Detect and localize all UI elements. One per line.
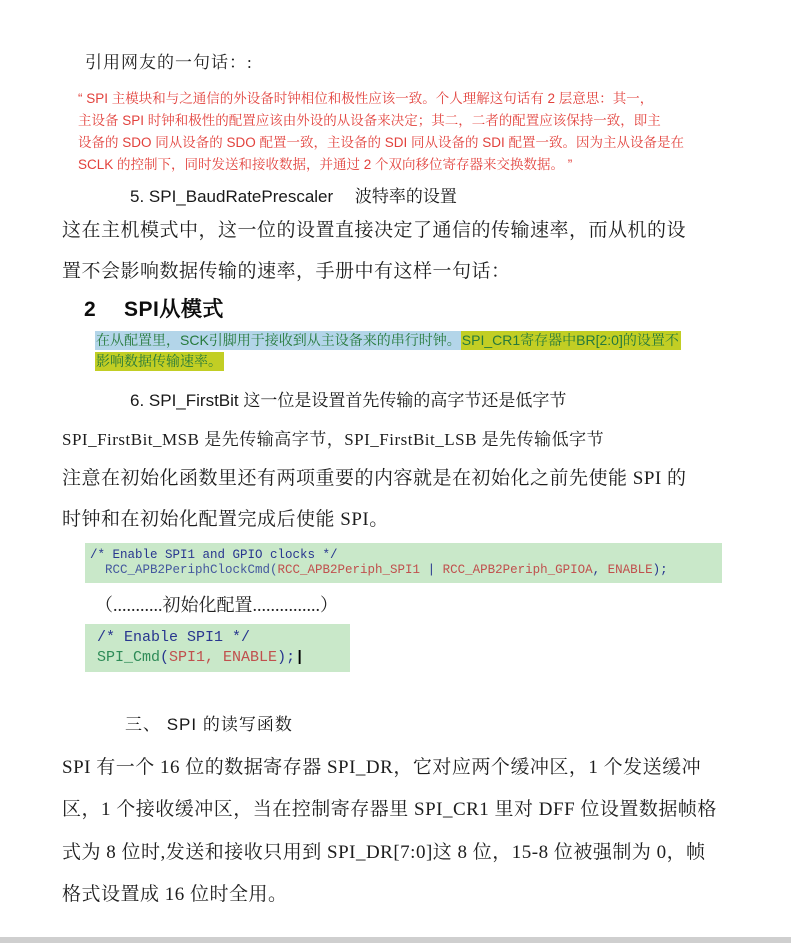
quote-line: 主设备 SPI 时钟和极性的配置应该由外设的从设备来决定；其二，二者的配置应该保… [78, 110, 726, 132]
paragraph-line: 时钟和在初始化配置完成后使能 SPI。 [62, 504, 389, 531]
code-token-punctuation: , [593, 563, 608, 577]
highlight-green-segment: 影响数据传输速率。 [95, 352, 224, 371]
highlight-blue-segment: 在从配置里，SCK引脚用于接收到从主设备来的串行时钟。 [95, 331, 461, 350]
section-5-heading: 5. SPI_BaudRatePrescaler 波特率的设置 [130, 182, 457, 207]
quote-line: 设备的 SDO 同从设备的 SDO 配置一致，主设备的 SDI 同从设备的 SD… [78, 132, 726, 154]
code-token-constant: SPI1, ENABLE [169, 649, 277, 666]
code-token-function: RCC_APB2PeriphClockCmd( [90, 563, 278, 577]
highlight-green-segment: SPI_CR1寄存器中BR[2:0]的设置不 [461, 331, 681, 350]
section-6-heading: 6. SPI_FirstBit 这一位是设置首先传输的高字节还是低字节 [130, 386, 566, 411]
chapter-heading-spi-slave-mode: 2 SPI从模式 [84, 293, 224, 323]
code-comment: /* Enable SPI1 and GPIO clocks */ [90, 548, 722, 563]
quote-block: “ SPI 主模块和与之通信的外设备时钟相位和极性应该一致。个人理解这句话有 2… [78, 88, 726, 176]
quote-line: “ SPI 主模块和与之通信的外设备时钟相位和极性应该一致。个人理解这句话有 2… [78, 88, 726, 110]
code-token-constant: RCC_APB2Periph_GPIOA [443, 563, 593, 577]
paragraph-line: 格式设置成 16 位时全用。 [62, 879, 288, 906]
paragraph-line: SPI_FirstBit_MSB 是先传输高字节，SPI_FirstBit_LS… [62, 425, 604, 450]
intro-line: 引用网友的一句话：: [85, 48, 253, 73]
code-token-operator: | [420, 563, 443, 577]
document-page[interactable]: 引用网友的一句话：: “ SPI 主模块和与之通信的外设备时钟相位和极性应该一致… [0, 0, 791, 943]
code-token-punctuation: ); [653, 563, 668, 577]
code-block-clock-enable: /* Enable SPI1 and GPIO clocks */ RCC_AP… [85, 543, 722, 583]
code-comment: /* Enable SPI1 */ [97, 628, 350, 648]
code-token-punctuation: ( [160, 649, 169, 666]
code-token-punctuation: ); [277, 649, 295, 666]
paragraph-line: 区，1 个接收缓冲区，当在控制寄存器里 SPI_CR1 里对 DFF 位设置数据… [62, 794, 717, 821]
paragraph-line: 注意在初始化函数里还有两项重要的内容就是在初始化之前先使能 SPI 的 [62, 463, 686, 490]
text-cursor: | [295, 649, 304, 666]
paragraph-line: 这在主机模式中，这一位的设置直接决定了通信的传输速率，而从机的设 [62, 215, 686, 242]
highlighted-manual-quote: 在从配置里，SCK引脚用于接收到从主设备来的串行时钟。SPI_CR1寄存器中BR… [95, 330, 681, 372]
paragraph-line: SPI 有一个 16 位的数据寄存器 SPI_DR，它对应两个缓冲区，1 个发送… [62, 752, 701, 779]
init-config-placeholder: （...........初始化配置...............） [95, 591, 338, 617]
quote-line: SCLK 的控制下，同时发送和接收数据，并通过 2 个双向移位寄存器来交换数据。… [78, 154, 726, 176]
code-line: SPI_Cmd(SPI1, ENABLE);| [97, 648, 350, 668]
code-line: RCC_APB2PeriphClockCmd(RCC_APB2Periph_SP… [90, 563, 722, 578]
code-token-constant: RCC_APB2Periph_SPI1 [278, 563, 421, 577]
code-token-constant: ENABLE [608, 563, 653, 577]
paragraph-line: 式为 8 位时,发送和接收只用到 SPI_DR[7:0]这 8 位，15-8 位… [62, 837, 706, 864]
code-token-function: SPI_Cmd [97, 649, 160, 666]
code-block-spi-cmd: /* Enable SPI1 */ SPI_Cmd(SPI1, ENABLE);… [85, 624, 350, 672]
highlight-line: 影响数据传输速率。 [95, 351, 681, 372]
section-3-heading: 三、 SPI 的读写函数 [125, 710, 293, 735]
highlight-line: 在从配置里，SCK引脚用于接收到从主设备来的串行时钟。SPI_CR1寄存器中BR… [95, 330, 681, 351]
paragraph-line: 置不会影响数据传输的速率，手册中有这样一句话： [62, 256, 511, 283]
page-bottom-edge [0, 937, 791, 943]
